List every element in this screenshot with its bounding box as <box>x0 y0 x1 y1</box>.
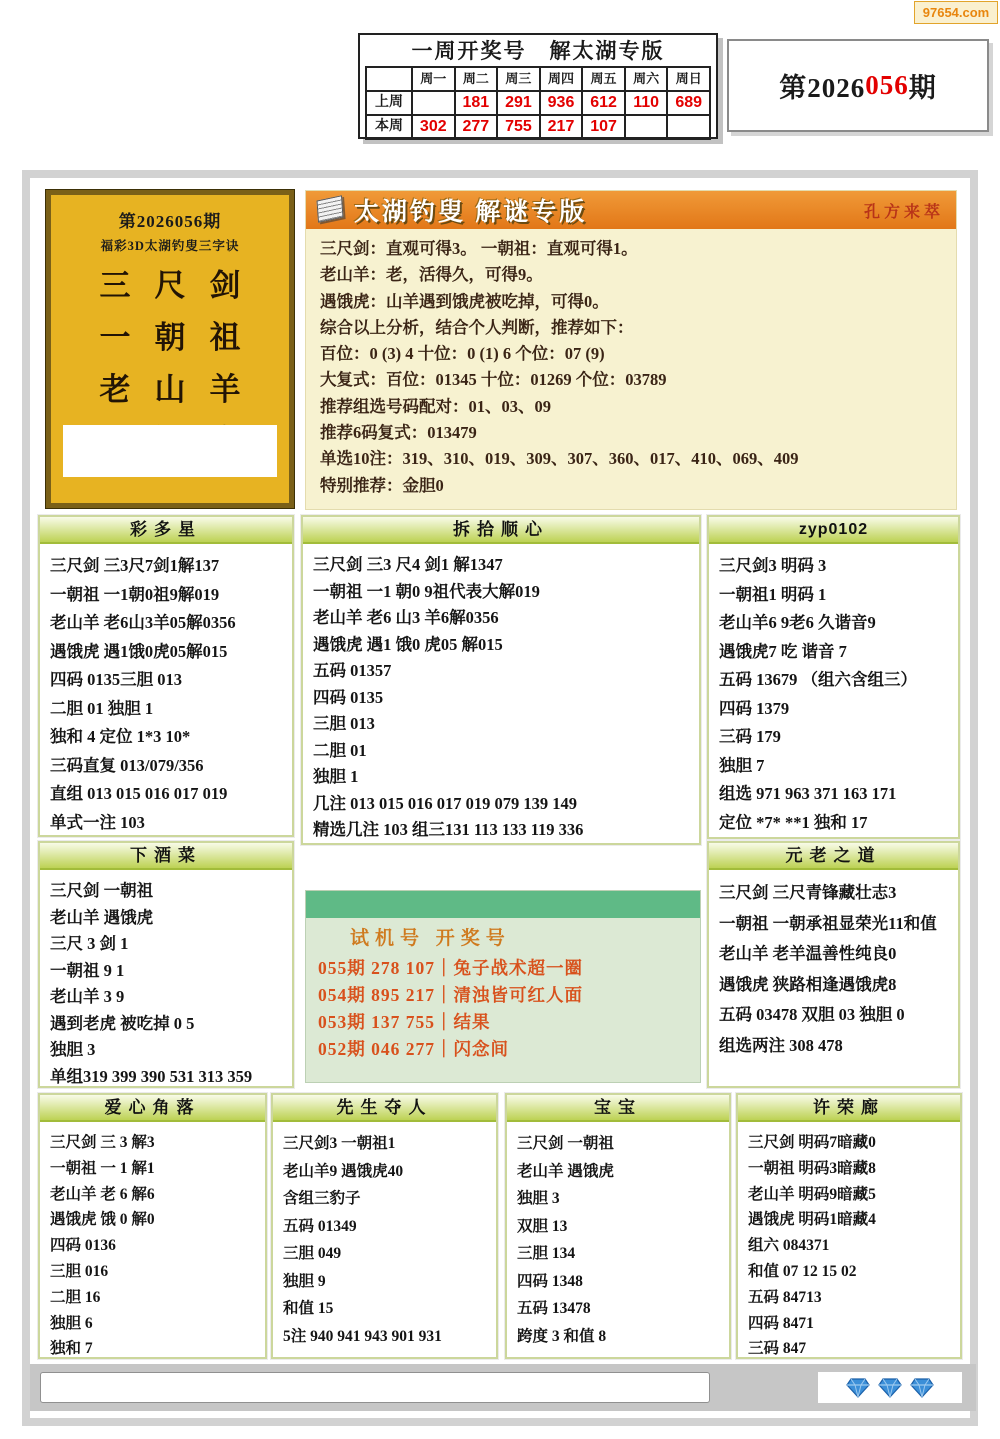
panel-body: 三尺剑 一朝祖老山羊 遇饿虎独胆 3双胆 13三胆 134四码 1348五码 1… <box>507 1122 729 1354</box>
panel-line: 一朝祖 明码3暗藏8 <box>748 1156 950 1182</box>
row-label: 本周 <box>367 116 413 140</box>
poem-issue: 第2026056期 <box>51 207 289 232</box>
panel-title: 先生夺人 <box>273 1095 496 1122</box>
analysis-line: 推荐6码复式：013479 <box>320 420 942 446</box>
panel-line: 二胆 01 独胆 1 <box>50 695 282 724</box>
draw-number: 936 <box>541 92 584 116</box>
panel-yuanlao: 元老之道 三尺剑 三尺青锋藏壮志3一朝祖 一朝承祖显荣光11和值老山羊 老羊温善… <box>707 841 960 1088</box>
panel-line: 和值 07 12 15 02 <box>748 1259 950 1285</box>
draw-number <box>626 116 669 140</box>
panel-line: 独和 7 <box>50 1336 255 1362</box>
day-header: 周日 <box>668 68 711 92</box>
panel-body: 三尺剑 明码7暗藏0一朝祖 明码3暗藏8老山羊 明码9暗藏5遇饿虎 明码1暗藏4… <box>738 1122 960 1366</box>
panel-line: 老山羊 遇饿虎 <box>50 905 282 932</box>
trial-line: 052期 046 277｜闪念间 <box>318 1036 688 1063</box>
analysis-line: 遇饿虎：山羊遇到饿虎被吃掉，可得0。 <box>320 289 942 315</box>
panel-line: 独胆 3 <box>517 1185 719 1213</box>
draw-number: 291 <box>498 92 541 116</box>
panel-body: 三尺剑 三3 尺4 剑1 解1347一朝祖 一1 朝0 9祖代表大解019老山羊… <box>303 544 699 848</box>
panel-line: 单式一注 103 <box>50 809 282 838</box>
panel-line: 四码 0135三胆 013 <box>50 666 282 695</box>
panel-line: 遇饿虎 遇1饿0虎05解015 <box>50 638 282 667</box>
panel-line: 三尺剑 一朝祖 <box>517 1130 719 1158</box>
panel-line: 三胆 134 <box>517 1240 719 1268</box>
diamond-icon <box>878 1378 902 1398</box>
panel-line: 直组 013 015 016 017 019 <box>50 780 282 809</box>
panel-line: 单组319 399 390 531 313 359 <box>50 1064 282 1091</box>
trial-number-box: 试机号 开奖号 055期 278 107｜兔子战术超一圈054期 895 217… <box>305 890 701 1083</box>
panel-line: 老山羊 明码9暗藏5 <box>748 1182 950 1208</box>
panel-line: 三尺 3 剑 1 <box>50 931 282 958</box>
panel-line: 二胆 16 <box>50 1285 255 1311</box>
panel-line: 5注 940 941 943 901 931 <box>283 1323 486 1351</box>
draw-number: 181 <box>456 92 499 116</box>
day-header: 周四 <box>541 68 584 92</box>
trial-lines: 055期 278 107｜兔子战术超一圈054期 895 217｜清浊皆可红人面… <box>318 955 688 1063</box>
panel-title: 彩多星 <box>40 517 292 544</box>
analysis-line: 三尺剑：直观可得3。 一朝祖：直观可得1。 <box>320 236 942 262</box>
panel-line: 组六 084371 <box>748 1233 950 1259</box>
panel-line: 五码 84713 <box>748 1285 950 1311</box>
panel-line: 五码 13679 （组六含组三） <box>719 666 948 695</box>
panel-line: 一朝祖 一 1 解1 <box>50 1156 255 1182</box>
panel-line: 四码 8471 <box>748 1311 950 1337</box>
analysis-panel: 太湖钓叟 解谜专版 孔方来萃 三尺剑：直观可得3。 一朝祖：直观可得1。老山羊：… <box>305 190 957 510</box>
draw-number <box>668 116 711 140</box>
draw-number: 277 <box>456 116 499 140</box>
diamond-rating[interactable] <box>818 1372 962 1403</box>
panel-line: 三尺剑 三3 尺4 剑1 解1347 <box>313 552 689 579</box>
row-label: 上周 <box>367 92 413 116</box>
panel-line: 遇饿虎 饿 0 解0 <box>50 1207 255 1233</box>
panel-line: 老山羊9 遇饿虎40 <box>283 1158 486 1186</box>
analysis-line: 百位：0 (3) 4 十位：0 (1) 6 个位：07 (9) <box>320 341 942 367</box>
panel-line: 遇到老虎 被吃掉 0 5 <box>50 1011 282 1038</box>
draw-number: 755 <box>498 116 541 140</box>
panel-line: 组选 971 963 371 163 171 <box>719 780 948 809</box>
panel-line: 独胆 6 <box>50 1311 255 1337</box>
table-corner-cell <box>367 68 413 92</box>
current-issue-box: 第2026056期 <box>727 39 989 132</box>
site-watermark[interactable]: 97654.com <box>914 1 998 24</box>
panel-line: 五码 01349 <box>283 1213 486 1241</box>
panel-title: 元老之道 <box>709 843 958 870</box>
panel-body: 三尺剑 三3尺7剑1解137一朝祖 一1朝0祖9解019老山羊 老6山3羊05解… <box>40 544 292 841</box>
trial-header-strip <box>306 891 700 918</box>
panel-line: 老山羊 老6 山3 羊6解0356 <box>313 605 689 632</box>
panel-line: 老山羊 老 6 解6 <box>50 1182 255 1208</box>
analysis-line: 综合以上分析，结合个人判断，推荐如下： <box>320 315 942 341</box>
panel-line: 遇饿虎 明码1暗藏4 <box>748 1207 950 1233</box>
panel-line: 三尺剑 三 3 解3 <box>50 1130 255 1156</box>
panel-xiansheng: 先生夺人 三尺剑3 一朝祖1老山羊9 遇饿虎40含组三豹子五码 01349三胆 … <box>271 1093 498 1359</box>
issue-prefix: 第2026 <box>779 66 865 105</box>
panel-line: 老山羊 3 9 <box>50 984 282 1011</box>
diamond-icon <box>910 1378 934 1398</box>
panel-body: 三尺剑3 一朝祖1老山羊9 遇饿虎40含组三豹子五码 01349三胆 049独胆… <box>273 1122 496 1354</box>
poem-subtitle: 福彩3D太湖钓叟三字诀 <box>51 236 289 254</box>
panel-title: zyp0102 <box>709 517 958 544</box>
week-draw-title: 一周开奖号 解太湖专版 <box>365 38 711 64</box>
panel-line: 和值 15 <box>283 1295 486 1323</box>
panel-line: 独胆 9 <box>283 1268 486 1296</box>
panel-line: 四码 0135 <box>313 685 689 712</box>
draw-number: 110 <box>626 92 669 116</box>
panel-line: 独胆 3 <box>50 1037 282 1064</box>
draw-number: 689 <box>668 92 711 116</box>
panel-line: 四码 0136 <box>50 1233 255 1259</box>
panel-line: 跨度 3 和值 8 <box>517 1323 719 1351</box>
panel-body: 三尺剑 三 3 解3一朝祖 一 1 解1老山羊 老 6 解6遇饿虎 饿 0 解0… <box>40 1122 265 1366</box>
analysis-header: 太湖钓叟 解谜专版 孔方来萃 <box>306 191 956 229</box>
panel-line: 三码直复 013/079/356 <box>50 752 282 781</box>
panel-line: 组选两注 308 478 <box>719 1031 948 1062</box>
panel-title: 爱心角落 <box>40 1095 265 1122</box>
trial-line: 055期 278 107｜兔子战术超一圈 <box>318 955 688 982</box>
panel-line: 四码 1348 <box>517 1268 719 1296</box>
newspaper-icon <box>314 196 348 224</box>
analysis-title: 太湖钓叟 解谜专版 <box>354 192 587 228</box>
panel-line: 双胆 13 <box>517 1213 719 1241</box>
poem-line: 老山羊 <box>51 364 289 416</box>
panel-line: 老山羊6 9老6 久谐音9 <box>719 609 948 638</box>
panel-line: 定位 *7* **1 独和 17 <box>719 809 948 838</box>
panel-line: 几注 013 015 016 017 019 079 139 149 <box>313 791 689 818</box>
panel-line: 遇饿虎 狭路相逢遇饿虎8 <box>719 970 948 1001</box>
panel-line: 五码 13478 <box>517 1295 719 1323</box>
draw-number: 107 <box>583 116 626 140</box>
panel-title: 下酒菜 <box>40 843 292 870</box>
panel-line: 遇饿虎7 吃 谐音 7 <box>719 638 948 667</box>
analysis-line: 老山羊：老，活得久，可得9。 <box>320 262 942 288</box>
panel-body: 三尺剑3 明码 3一朝祖1 明码 1老山羊6 9老6 久谐音9遇饿虎7 吃 谐音… <box>709 544 958 841</box>
panel-title: 许荣廊 <box>738 1095 960 1122</box>
panel-line: 老山羊 老6山3羊05解0356 <box>50 609 282 638</box>
draw-number <box>413 92 456 116</box>
panel-line: 一朝祖 一朝承祖显荣光11和值 <box>719 909 948 940</box>
panel-line: 三尺剑 三尺青锋藏壮志3 <box>719 878 948 909</box>
panel-baobao: 宝宝 三尺剑 一朝祖老山羊 遇饿虎独胆 3双胆 13三胆 134四码 1348五… <box>505 1093 731 1359</box>
poem-box: 第2026056期 福彩3D太湖钓叟三字诀 三尺剑一朝祖老山羊遇饿虎 <box>46 190 294 508</box>
panel-line: 一朝祖 一1朝0祖9解019 <box>50 581 282 610</box>
panel-line: 老山羊 遇饿虎 <box>517 1158 719 1186</box>
panel-caiduoxing: 彩多星 三尺剑 三3尺7剑1解137一朝祖 一1朝0祖9解019老山羊 老6山3… <box>38 515 294 837</box>
poem-line: 一朝祖 <box>51 312 289 364</box>
poem-line: 三尺剑 <box>51 260 289 312</box>
panel-line: 三码 179 <box>719 723 948 752</box>
panel-line: 精选几注 103 组三131 113 133 119 336 <box>313 817 689 844</box>
panel-line: 含组三豹子 <box>283 1185 486 1213</box>
panel-zyp0102: zyp0102 三尺剑3 明码 3一朝祖1 明码 1老山羊6 9老6 久谐音9遇… <box>707 515 960 839</box>
panel-line: 三尺剑 三3尺7剑1解137 <box>50 552 282 581</box>
week-draw-table: 周一 周二 周三 周四 周五 周六 周日 上周 181 291 936 612 … <box>365 66 711 140</box>
panel-line: 五码 01357 <box>313 658 689 685</box>
trial-title: 试机号 开奖号 <box>318 923 688 955</box>
draw-number: 302 <box>413 116 456 140</box>
panel-line: 三胆 013 <box>313 711 689 738</box>
panel-line: 二胆 01 <box>313 738 689 765</box>
panel-chaishi: 拆拾顺心 三尺剑 三3 尺4 剑1 解1347一朝祖 一1 朝0 9祖代表大解0… <box>301 515 701 845</box>
panel-xiajiucai: 下酒菜 三尺剑 一朝祖老山羊 遇饿虎三尺 3 剑 1一朝祖 9 1老山羊 3 9… <box>38 841 294 1088</box>
panel-line: 四码 1379 <box>719 695 948 724</box>
panel-line: 独胆 7 <box>719 752 948 781</box>
panel-line: 三尺剑3 明码 3 <box>719 552 948 581</box>
trial-line: 054期 895 217｜清浊皆可红人面 <box>318 982 688 1009</box>
panel-title: 宝宝 <box>507 1095 729 1122</box>
day-header: 周二 <box>456 68 499 92</box>
day-header: 周三 <box>498 68 541 92</box>
panel-line: 老山羊 老羊温善性纯良0 <box>719 939 948 970</box>
panel-line: 三尺剑 一朝祖 <box>50 878 282 905</box>
panel-line: 一朝祖 一1 朝0 9祖代表大解019 <box>313 579 689 606</box>
panel-line: 三胆 016 <box>50 1259 255 1285</box>
panel-title: 拆拾顺心 <box>303 517 699 544</box>
draw-number: 217 <box>541 116 584 140</box>
analysis-line: 推荐组选号码配对：01、03、09 <box>320 394 942 420</box>
panel-line: 一朝祖 9 1 <box>50 958 282 985</box>
analysis-corner-label: 孔方来萃 <box>864 199 944 222</box>
panel-line: 三尺剑 明码7暗藏0 <box>748 1130 950 1156</box>
panel-line: 遇饿虎 遇1 饿0 虎05 解015 <box>313 632 689 659</box>
panel-line: 三尺剑3 一朝祖1 <box>283 1130 486 1158</box>
day-header: 周五 <box>583 68 626 92</box>
bottom-bar <box>30 1364 976 1411</box>
trial-body: 试机号 开奖号 055期 278 107｜兔子战术超一圈054期 895 217… <box>306 918 700 1068</box>
trial-line: 053期 137 755｜结果 <box>318 1009 688 1036</box>
day-header: 周一 <box>413 68 456 92</box>
analysis-line: 大复式：百位：01345 十位：01269 个位：03789 <box>320 367 942 393</box>
panel-line: 三胆 049 <box>283 1240 486 1268</box>
panel-line: 独胆 1 <box>313 764 689 791</box>
poem-blank-area <box>63 425 277 477</box>
day-header: 周六 <box>626 68 669 92</box>
panel-xurong: 许荣廊 三尺剑 明码7暗藏0一朝祖 明码3暗藏8老山羊 明码9暗藏5遇饿虎 明码… <box>736 1093 962 1359</box>
panel-line: 三码 847 <box>748 1336 950 1362</box>
panel-body: 三尺剑 一朝祖老山羊 遇饿虎三尺 3 剑 1一朝祖 9 1老山羊 3 9遇到老虎… <box>40 870 292 1094</box>
issue-suffix: 期 <box>909 66 937 105</box>
diamond-icon <box>846 1378 870 1398</box>
panel-body: 三尺剑 三尺青锋藏壮志3一朝祖 一朝承祖显荣光11和值老山羊 老羊温善性纯良0遇… <box>709 870 958 1065</box>
panel-line: 五码 03478 双胆 03 独胆 0 <box>719 1000 948 1031</box>
analysis-line: 单选10注：319、310、019、309、307、360、017、410、06… <box>320 446 942 472</box>
analysis-body: 三尺剑：直观可得3。 一朝祖：直观可得1。老山羊：老，活得久，可得9。遇饿虎：山… <box>306 229 956 506</box>
week-draw-box: 一周开奖号 解太湖专版 周一 周二 周三 周四 周五 周六 周日 上周 181 … <box>358 33 718 139</box>
bottom-input[interactable] <box>40 1372 710 1403</box>
panel-line: 独和 4 定位 1*3 10* <box>50 723 282 752</box>
panel-line: 一朝祖1 明码 1 <box>719 581 948 610</box>
analysis-line: 特别推荐：金胆0 <box>320 473 942 499</box>
draw-number: 612 <box>583 92 626 116</box>
issue-number: 056 <box>865 70 909 101</box>
panel-aixin: 爱心角落 三尺剑 三 3 解3一朝祖 一 1 解1老山羊 老 6 解6遇饿虎 饿… <box>38 1093 267 1359</box>
